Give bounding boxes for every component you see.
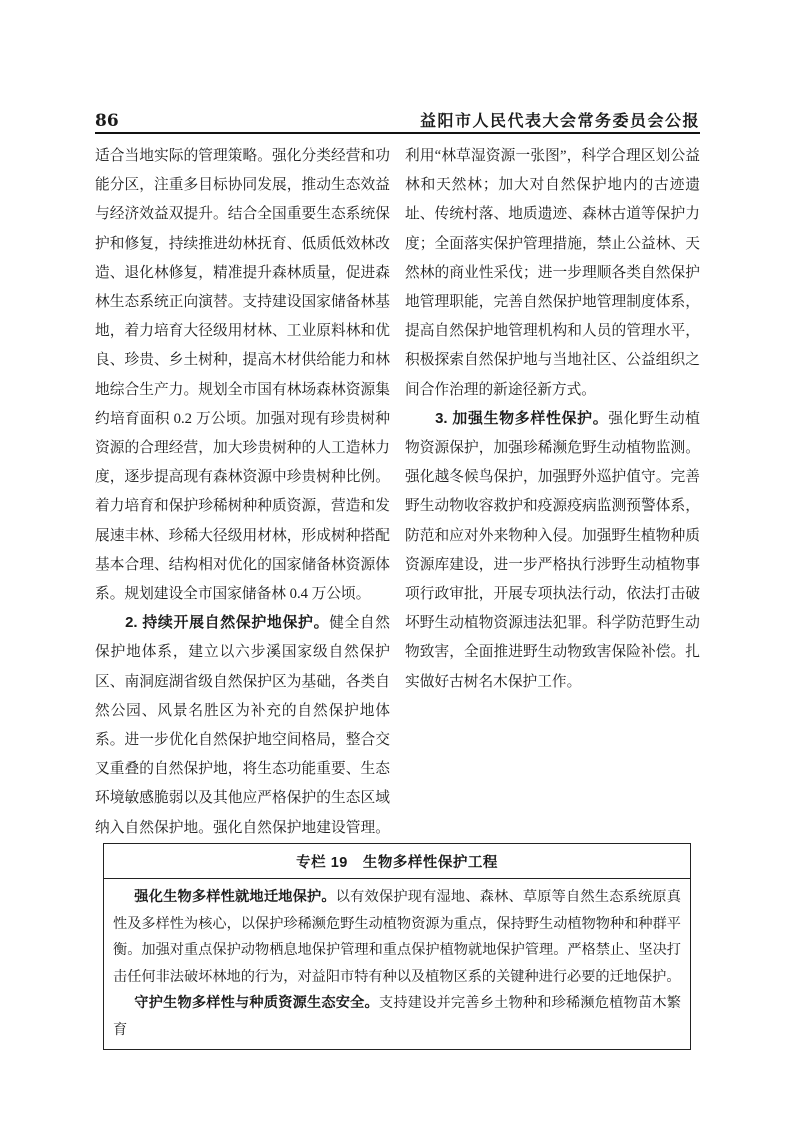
box-paragraph-germplasm-safety: 守护生物多样性与种质资源生态安全。支持建设并完善乡土物种和珍稀濒危植物苗木繁育: [113, 990, 681, 1043]
paragraph-forest-quality: 适合当地实际的管理策略。强化分类经营和功能分区，注重多目标协同发展，推动生态效益…: [95, 142, 390, 609]
box-paragraph-lead: 强化生物多样性就地迁地保护。: [134, 889, 335, 905]
box-title: 专栏 19 生物多样性保护工程: [104, 844, 690, 879]
special-column-19-box: 专栏 19 生物多样性保护工程 强化生物多样性就地迁地保护。以有效保护现有湿地、…: [103, 843, 691, 1050]
paragraph-lead: 3. 加强生物多样性保护。: [435, 411, 608, 427]
publication-title: 益阳市人民代表大会常务委员会公报: [420, 108, 700, 131]
box-paragraph-insitu-exsitu: 强化生物多样性就地迁地保护。以有效保护现有湿地、森林、草原等自然生态系统原真性及…: [113, 884, 681, 990]
paragraph-text: 适合当地实际的管理策略。强化分类经营和功能分区，注重多目标协同发展，推动生态效益…: [95, 148, 390, 602]
paragraph-text: 强化野生动植物资源保护，加强珍稀濒危野生动植物监测。强化越冬候鸟保护，加强野外巡…: [405, 411, 700, 690]
page-header: 86 益阳市人民代表大会常务委员会公报: [95, 108, 700, 131]
header-rule: [95, 132, 700, 134]
box-paragraph-lead: 守护生物多样性与种质资源生态安全。: [134, 995, 379, 1011]
body-two-columns: 适合当地实际的管理策略。强化分类经营和功能分区，注重多目标协同发展，推动生态效益…: [95, 142, 700, 843]
paragraph-biodiversity-protection: 3. 加强生物多样性保护。强化野生动植物资源保护，加强珍稀濒危野生动植物监测。强…: [405, 405, 700, 697]
document-page: 86 益阳市人民代表大会常务委员会公报 适合当地实际的管理策略。强化分类经营和功…: [0, 0, 794, 1122]
page-number: 86: [95, 111, 119, 131]
box-body: 强化生物多样性就地迁地保护。以有效保护现有湿地、森林、草原等自然生态系统原真性及…: [104, 879, 690, 1049]
paragraph-lead: 2. 持续开展自然保护地保护。: [125, 615, 329, 631]
